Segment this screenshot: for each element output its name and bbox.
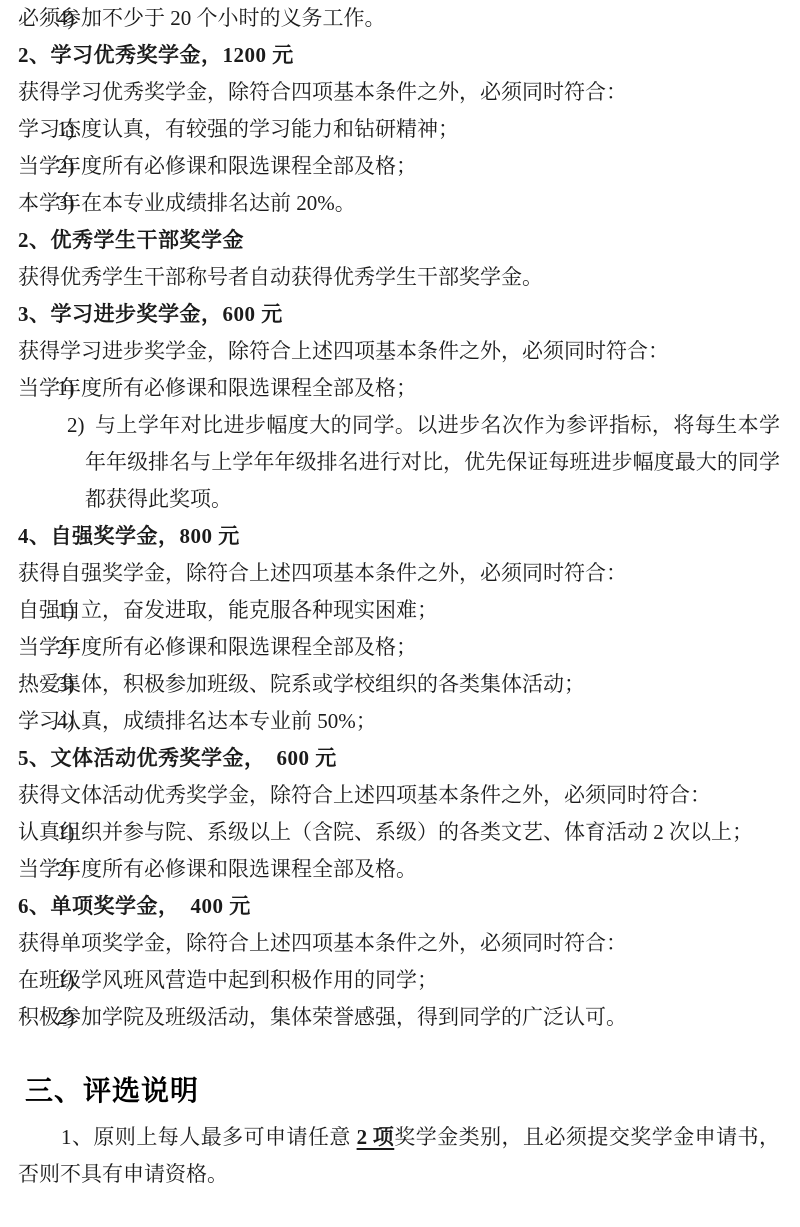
list-item: 2)当学年度所有必修课和限选课程全部及格； [18,629,780,666]
list-marker: 3) [57,185,75,222]
list-marker: 4) [57,0,75,37]
list-marker: 1) [57,370,75,407]
emphasized-quota-text: 2 项 [357,1125,395,1149]
list-marker: 2) [57,148,75,185]
list-item-text: 当学年度所有必修课和限选课程全部及格； [18,376,417,400]
list-item-text: 积极参加学院及班级活动，集体荣誉感强，得到同学的广泛认可。 [18,1005,627,1029]
document-page: 4)必须参加不少于 20 个小时的义务工作。 2、学习优秀奖学金，1200 元 … [0,0,800,1227]
section-heading-single-item: 6、单项奖学金， 400 元 [18,888,780,925]
section-body: 获得优秀学生干部称号者自动获得优秀学生干部奖学金。 [18,259,780,296]
list-item-text: 与上学年对比进步幅度大的同学。以进步名次作为参评指标，将每生本学年年级排名与上学… [85,413,780,511]
paragraph-text-before: 1、原则上每人最多可申请任意 [61,1125,357,1149]
list-marker: 1) [57,111,75,148]
list-item: 1)认真组织并参与院、系级以上（含院、系级）的各类文艺、体育活动 2 次以上； [18,814,780,851]
list-marker: 2) [57,407,85,444]
list-item: 2)当学年度所有必修课和限选课程全部及格。 [18,851,780,888]
section-intro: 获得学习进步奖学金，除符合上述四项基本条件之外，必须同时符合： [18,333,780,370]
section-heading-self-improvement: 4、自强奖学金，800 元 [18,518,780,555]
list-item-text: 学习态度认真，有较强的学习能力和钻研精神； [18,117,459,141]
list-marker: 2) [57,999,75,1036]
section-heading-cadre: 2、优秀学生干部奖学金 [18,222,780,259]
list-item: 3)本学年在本专业成绩排名达前 20%。 [18,185,780,222]
chapter-heading-selection-notes: 三、评选说明 [18,1069,780,1113]
list-item: 1)自强自立，奋发进取，能克服各种现实困难； [18,592,780,629]
section-heading-sports-arts: 5、文体活动优秀奖学金， 600 元 [18,740,780,777]
section-intro: 获得单项奖学金，除符合上述四项基本条件之外，必须同时符合： [18,925,780,962]
section-intro: 获得自强奖学金，除符合上述四项基本条件之外，必须同时符合： [18,555,780,592]
list-item-text: 自强自立，奋发进取，能克服各种现实困难； [18,598,438,622]
list-marker: 1) [57,814,75,851]
list-item: 1)在班级学风班风营造中起到积极作用的同学； [18,962,780,999]
list-item-text: 热爱集体，积极参加班级、院系或学校组织的各类集体活动； [18,672,585,696]
list-item: 4)学习认真，成绩排名达本专业前 50%； [18,703,780,740]
list-item-text: 认真组织并参与院、系级以上（含院、系级）的各类文艺、体育活动 2 次以上； [18,820,753,844]
list-marker: 3) [57,666,75,703]
list-item-text: 当学年度所有必修课和限选课程全部及格； [18,635,417,659]
list-item-text: 当学年度所有必修课和限选课程全部及格； [18,154,417,178]
list-item: 4)必须参加不少于 20 个小时的义务工作。 [18,0,780,37]
selection-notes-paragraph: 1、原则上每人最多可申请任意 2 项奖学金类别，且必须提交奖学金申请书，否则不具… [18,1119,780,1193]
list-item: 2)积极参加学院及班级活动，集体荣誉感强，得到同学的广泛认可。 [18,999,780,1036]
list-marker: 4) [57,703,75,740]
list-item: 2)与上学年对比进步幅度大的同学。以进步名次作为参评指标，将每生本学年年级排名与… [18,407,780,518]
document-body: 4)必须参加不少于 20 个小时的义务工作。 2、学习优秀奖学金，1200 元 … [18,0,780,1193]
list-item: 1)当学年度所有必修课和限选课程全部及格； [18,370,780,407]
section-heading-study-excellence: 2、学习优秀奖学金，1200 元 [18,37,780,74]
list-marker: 2) [57,629,75,666]
list-item: 3)热爱集体，积极参加班级、院系或学校组织的各类集体活动； [18,666,780,703]
section-intro: 获得学习优秀奖学金，除符合四项基本条件之外，必须同时符合： [18,74,780,111]
list-item: 2)当学年度所有必修课和限选课程全部及格； [18,148,780,185]
section-heading-progress: 3、学习进步奖学金，600 元 [18,296,780,333]
list-item-text: 在班级学风班风营造中起到积极作用的同学； [18,968,438,992]
list-item: 1)学习态度认真，有较强的学习能力和钻研精神； [18,111,780,148]
list-marker: 1) [57,962,75,999]
section-intro: 获得文体活动优秀奖学金，除符合上述四项基本条件之外，必须同时符合： [18,777,780,814]
list-marker: 1) [57,592,75,629]
list-marker: 2) [57,851,75,888]
list-item-text: 当学年度所有必修课和限选课程全部及格。 [18,857,417,881]
